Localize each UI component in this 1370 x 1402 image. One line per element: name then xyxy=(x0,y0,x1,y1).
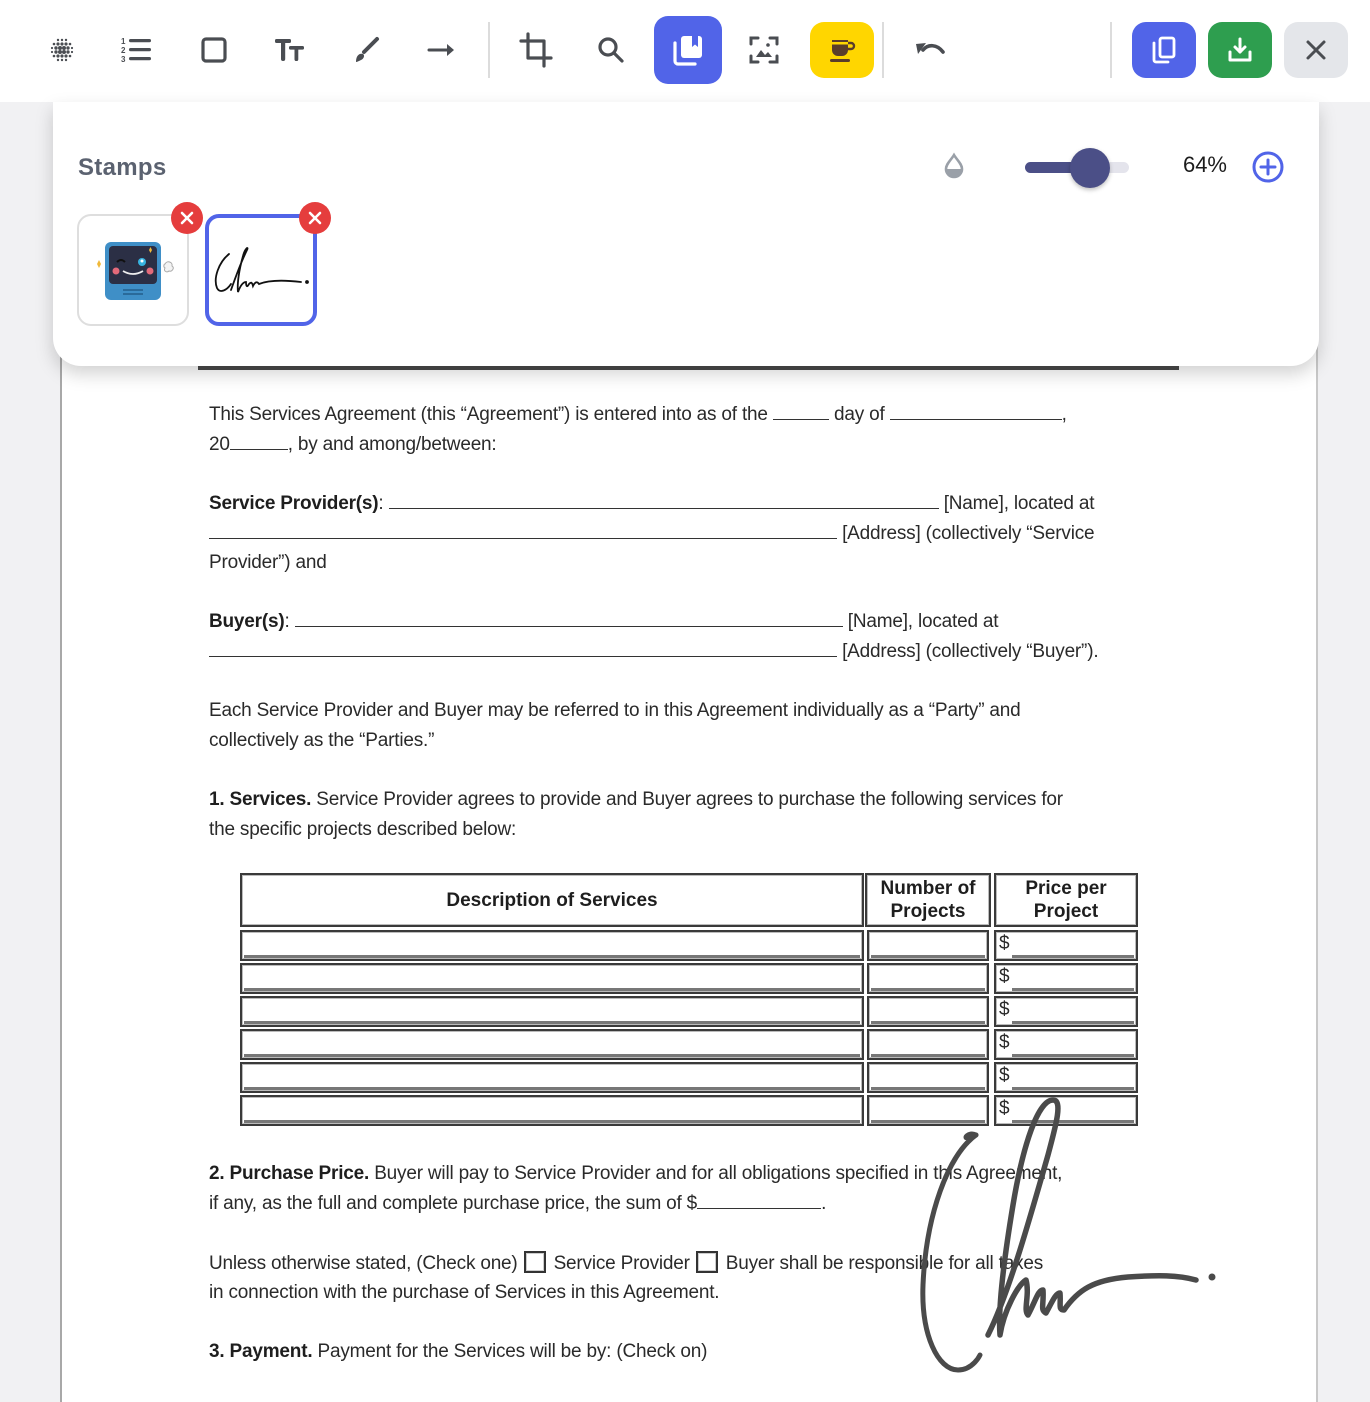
numbered-list-tool-button[interactable]: 1 2 3 xyxy=(103,16,171,84)
grid-dots-icon xyxy=(46,34,78,66)
toolbar-divider xyxy=(1110,22,1112,78)
download-icon xyxy=(1226,36,1254,64)
undo-button[interactable] xyxy=(896,16,964,84)
intro-line-1: This Services Agreement (this “Agreement… xyxy=(209,404,1067,426)
table-cell[interactable] xyxy=(867,963,989,994)
table-cell[interactable] xyxy=(240,963,864,994)
image-tool-button[interactable] xyxy=(730,16,798,84)
delete-stamp-button[interactable] xyxy=(171,202,203,234)
tax-service-provider-checkbox[interactable] xyxy=(524,1251,546,1273)
table-header-price: Price per Project xyxy=(994,873,1138,927)
crop-icon xyxy=(519,32,553,68)
buyer-address-blank[interactable] xyxy=(209,656,837,657)
table-cell[interactable] xyxy=(240,930,864,961)
buyer-name-blank[interactable] xyxy=(295,626,843,627)
table-header-description: Description of Services xyxy=(240,873,864,927)
opacity-slider-thumb[interactable] xyxy=(1070,148,1110,188)
table-cell[interactable]: $ xyxy=(994,1062,1138,1093)
text-size-icon xyxy=(274,36,306,64)
placed-signature-stamp[interactable] xyxy=(918,1095,1218,1380)
table-cell[interactable] xyxy=(867,1062,989,1093)
table-cell[interactable]: $ xyxy=(994,1029,1138,1060)
svg-text:2: 2 xyxy=(121,46,126,55)
parties-line-1: Each Service Provider and Buyer may be r… xyxy=(209,700,1021,722)
pattern-tool-button[interactable] xyxy=(28,16,96,84)
table-cell[interactable] xyxy=(240,996,864,1027)
section-1-line-1: 1. Services. Service Provider agrees to … xyxy=(209,789,1063,811)
numbered-list-icon: 1 2 3 xyxy=(120,35,154,65)
svg-text:1: 1 xyxy=(121,37,126,46)
copy-icon xyxy=(1151,35,1177,65)
signature-icon xyxy=(209,218,313,322)
opacity-value: 64% xyxy=(1163,152,1227,178)
table-header-number: Number of Projects xyxy=(865,873,991,927)
crop-tool-button[interactable] xyxy=(502,16,570,84)
table-cell[interactable] xyxy=(867,930,989,961)
service-provider-line: Service Provider(s): [Name], located at xyxy=(209,493,1094,515)
add-stamp-icon[interactable] xyxy=(1251,150,1285,184)
arrow-tool-button[interactable] xyxy=(408,16,476,84)
opacity-drop-icon xyxy=(943,152,965,180)
stamps-panel: Stamps 64% xyxy=(53,102,1319,366)
stamps-icon xyxy=(671,33,705,67)
table-cell[interactable] xyxy=(867,1029,989,1060)
stamp-robot-sticker[interactable] xyxy=(77,214,189,326)
download-button[interactable] xyxy=(1208,22,1272,78)
service-provider-end: Provider”) and xyxy=(209,552,327,574)
currency-symbol: $ xyxy=(999,1032,1010,1054)
toolbar: 1 2 3 xyxy=(0,0,1370,102)
copy-button[interactable] xyxy=(1132,22,1196,78)
currency-symbol: $ xyxy=(999,1065,1010,1087)
table-cell[interactable] xyxy=(867,996,989,1027)
document-header-rule xyxy=(198,366,1179,370)
rectangle-tool-button[interactable] xyxy=(180,16,248,84)
tax-buyer-checkbox[interactable] xyxy=(696,1251,718,1273)
currency-symbol: $ xyxy=(999,966,1010,988)
table-cell[interactable] xyxy=(240,1095,864,1126)
delete-stamp-button[interactable] xyxy=(299,202,331,234)
currency-symbol: $ xyxy=(999,999,1010,1021)
purchase-price-blank[interactable] xyxy=(697,1208,821,1209)
table-cell[interactable] xyxy=(240,1062,864,1093)
buyer-address-line: [Address] (collectively “Buyer”). xyxy=(209,641,1098,663)
close-icon xyxy=(308,211,322,225)
buyer-line: Buyer(s): [Name], located at xyxy=(209,611,998,633)
robot-sticker-icon xyxy=(79,216,187,324)
toolbar-divider xyxy=(488,22,490,78)
stamps-tool-button[interactable] xyxy=(654,16,722,84)
coffee-cup-icon xyxy=(827,35,857,65)
parties-line-2: collectively as the “Parties.” xyxy=(209,730,434,752)
toolbar-divider xyxy=(882,22,884,78)
table-cell[interactable]: $ xyxy=(994,996,1138,1027)
opacity-slider[interactable] xyxy=(1025,148,1129,188)
search-icon xyxy=(596,35,626,65)
service-provider-name-blank[interactable] xyxy=(389,508,939,509)
stamp-signature[interactable] xyxy=(205,214,317,326)
image-frame-icon xyxy=(748,34,780,66)
brush-tool-button[interactable] xyxy=(332,16,400,84)
brush-icon xyxy=(350,34,382,66)
close-button[interactable] xyxy=(1284,22,1348,78)
close-icon xyxy=(1305,39,1327,61)
rectangle-icon xyxy=(200,36,228,64)
zoom-tool-button[interactable] xyxy=(577,16,645,84)
service-provider-address-blank[interactable] xyxy=(209,538,837,539)
table-cell[interactable] xyxy=(240,1029,864,1060)
stamps-panel-title: Stamps xyxy=(78,154,167,182)
currency-symbol: $ xyxy=(999,933,1010,955)
arrow-right-icon xyxy=(427,40,457,60)
table-cell[interactable]: $ xyxy=(994,930,1138,961)
coffee-button[interactable] xyxy=(810,22,874,78)
undo-icon xyxy=(913,38,947,62)
intro-line-2: 20, by and among/between: xyxy=(209,434,497,456)
section-2-line-2: if any, as the full and complete purchas… xyxy=(209,1193,826,1215)
close-icon xyxy=(180,211,194,225)
svg-text:3: 3 xyxy=(121,55,126,64)
text-tool-button[interactable] xyxy=(256,16,324,84)
table-cell[interactable]: $ xyxy=(994,963,1138,994)
section-3-line: 3. Payment. Payment for the Services wil… xyxy=(209,1341,707,1363)
section-1-line-2: the specific projects described below: xyxy=(209,819,516,841)
service-provider-address-line: [Address] (collectively “Service xyxy=(209,523,1094,545)
tax-line-2: in connection with the purchase of Servi… xyxy=(209,1282,719,1304)
